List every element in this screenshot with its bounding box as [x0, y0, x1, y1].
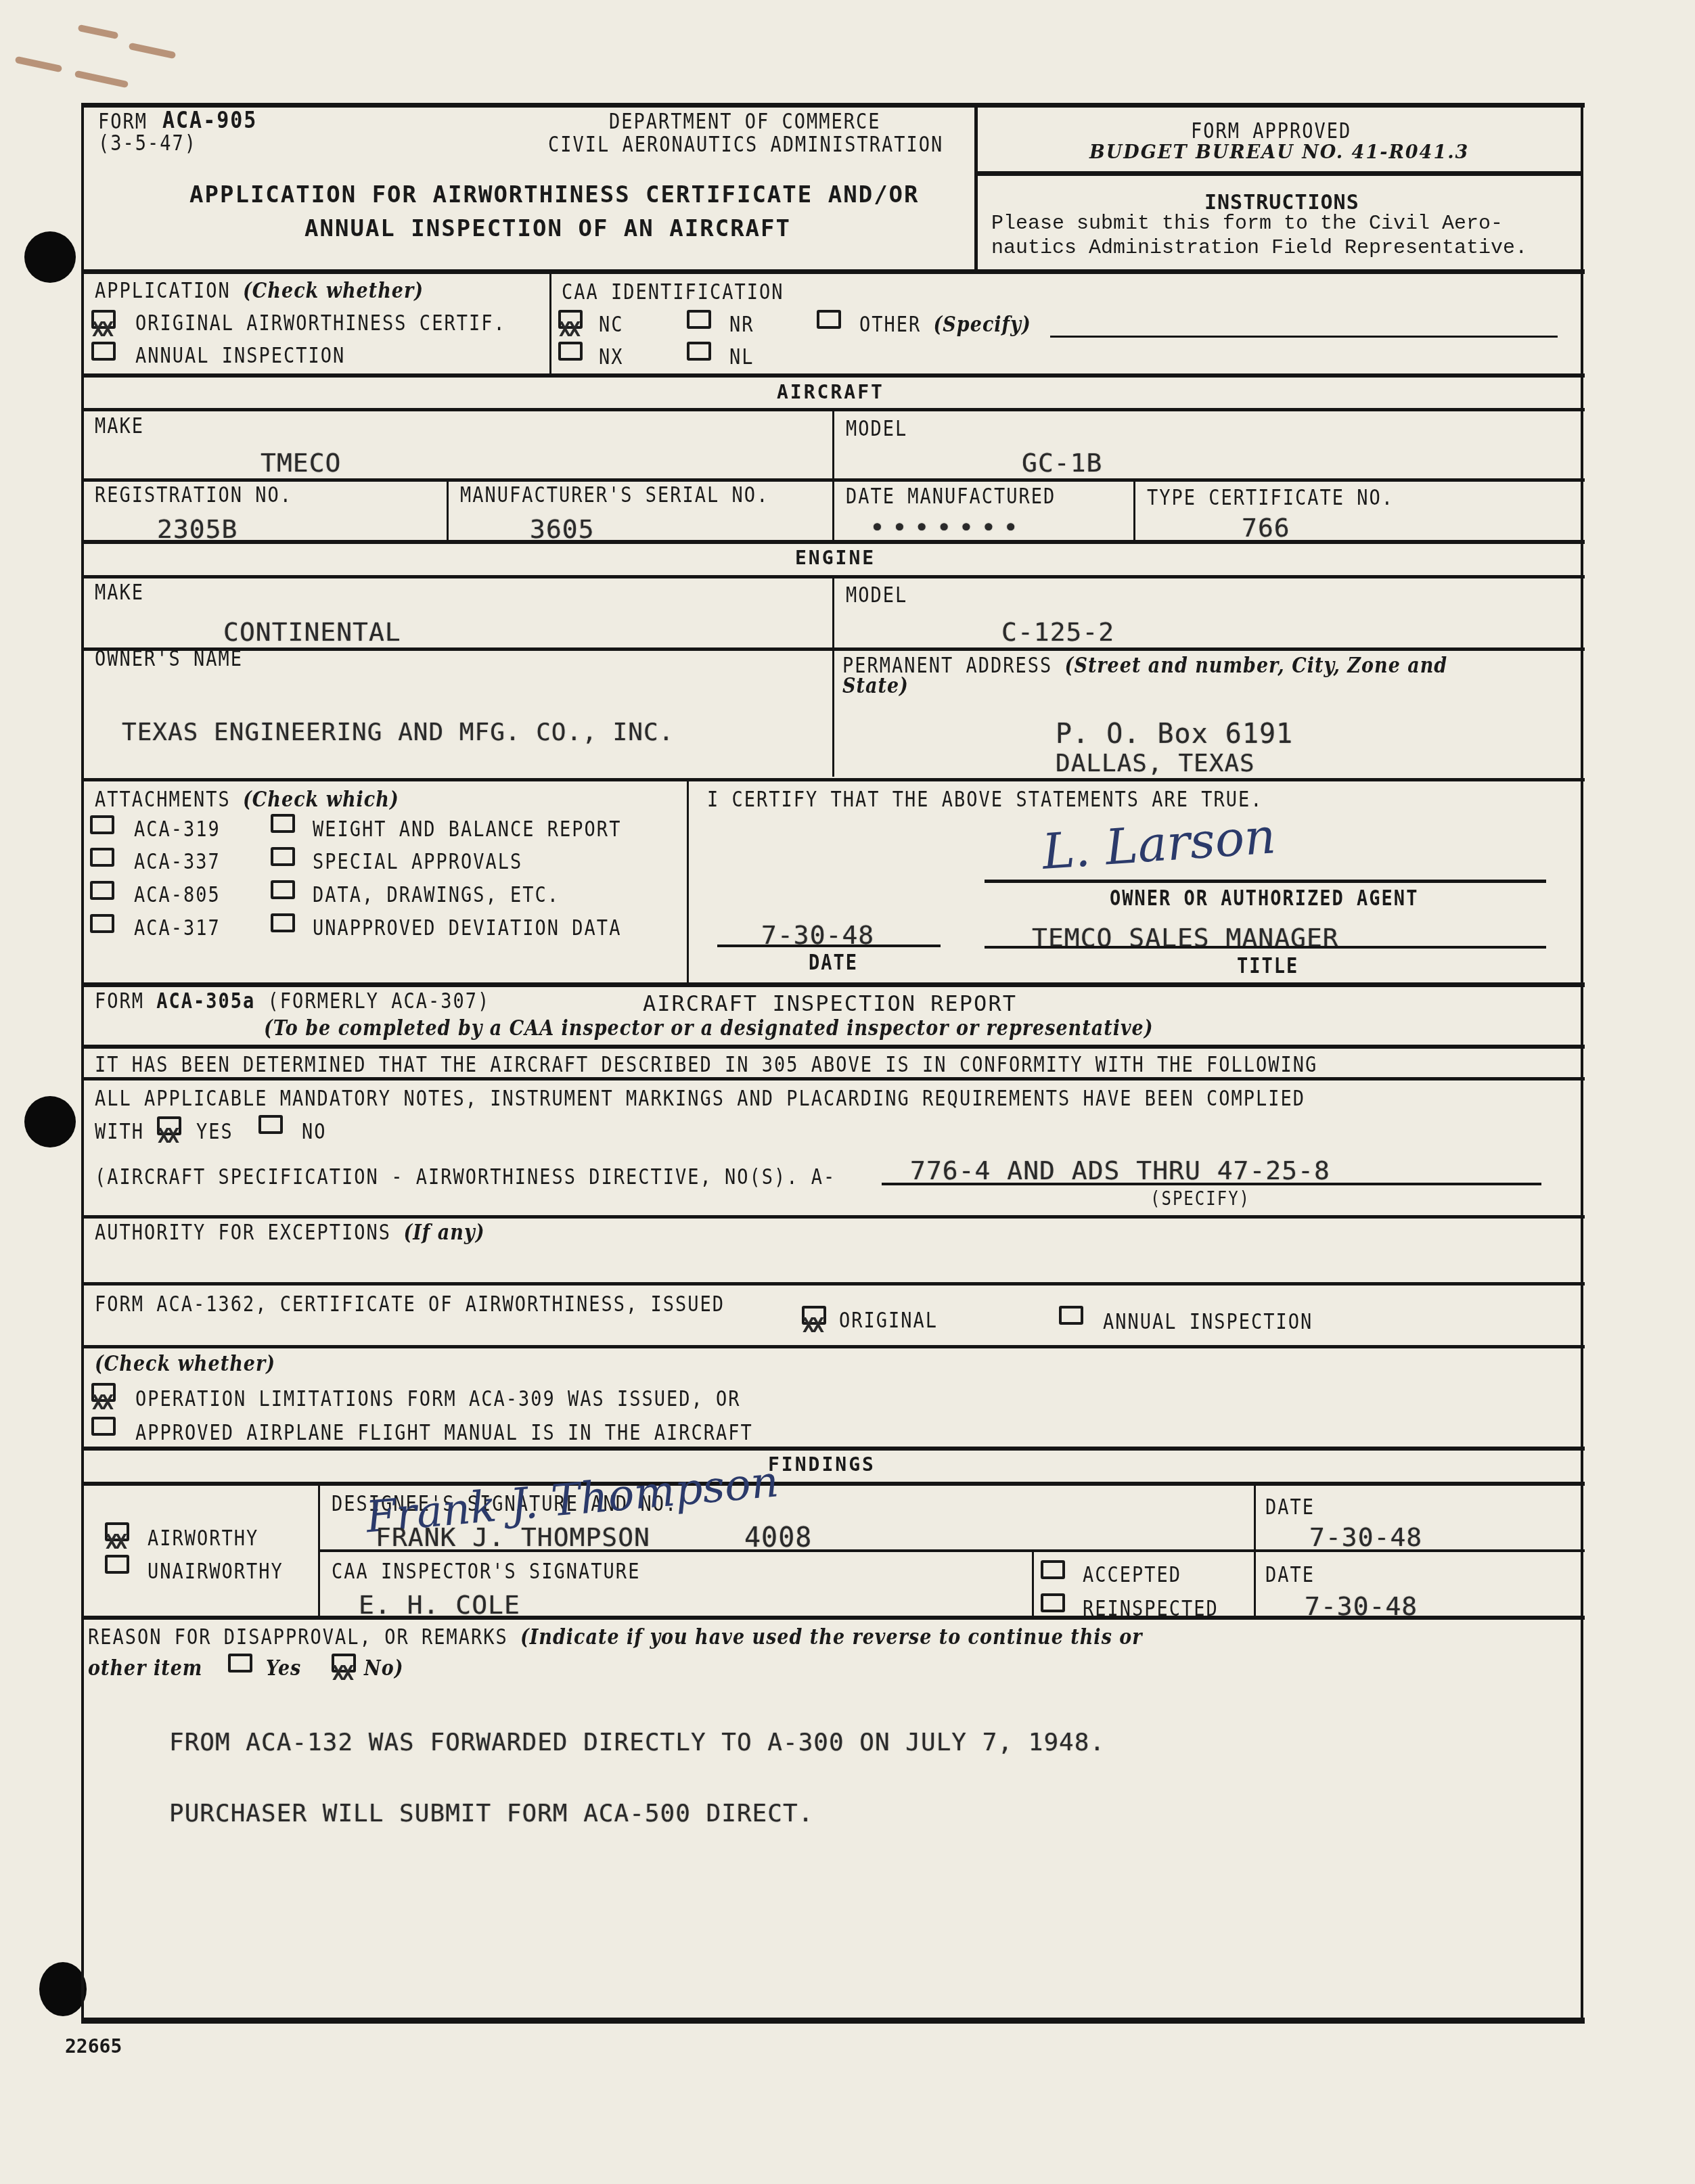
attachment-unapproved-deviation: UNAPPROVED DEVIATION DATA — [313, 916, 621, 940]
divider — [81, 1482, 1585, 1486]
remarks-no-label: No) — [364, 1656, 403, 1681]
engine-make-label: MAKE — [95, 581, 144, 605]
checkbox-airworthy[interactable] — [105, 1522, 129, 1541]
address-hint-2: State) — [842, 674, 909, 698]
divider — [81, 647, 1585, 651]
aircraft-section-title: AIRCRAFT — [777, 381, 884, 403]
department: DEPARTMENT OF COMMERCE — [609, 110, 881, 134]
divider — [81, 1282, 1585, 1286]
with-label: WITH — [95, 1120, 144, 1144]
divider — [81, 1215, 1585, 1219]
checkbox-accepted[interactable] — [1041, 1560, 1065, 1579]
checkbox-nr[interactable] — [687, 310, 711, 329]
engine-model-value[interactable]: C-125-2 — [1001, 617, 1114, 647]
application-label: APPLICATION (Check whether) — [95, 279, 424, 303]
registration-label: REGISTRATION NO. — [95, 483, 292, 507]
attachment-weight-balance: WEIGHT AND BALANCE REPORT — [313, 817, 621, 842]
attachment-data-drawings: DATA, DRAWINGS, ETC. — [313, 883, 560, 907]
spec-label: (AIRCRAFT SPECIFICATION - AIRWORTHINESS … — [95, 1165, 836, 1189]
certificate-issued-label: FORM ACA-1362, CERTIFICATE OF AIRWORTHIN… — [95, 1292, 725, 1317]
date-line — [717, 945, 941, 947]
attachment-aca-317: ACA-317 — [134, 916, 221, 940]
divider — [81, 103, 1585, 108]
designee-date-label: DATE — [1265, 1495, 1315, 1520]
divider — [1032, 1551, 1034, 1618]
other-specify-line[interactable] — [1050, 336, 1558, 338]
complied-yes-label: YES — [196, 1120, 233, 1144]
complied-no-label: NO — [302, 1120, 327, 1144]
divider — [974, 105, 978, 273]
complied-statement: ALL APPLICABLE MANDATORY NOTES, INSTRUME… — [95, 1087, 1305, 1111]
option-annual-inspection: ANNUAL INSPECTION — [135, 344, 345, 368]
engine-make-value[interactable]: CONTINENTAL — [223, 617, 401, 647]
checkbox-aca-805[interactable] — [90, 881, 114, 900]
checkbox-nl[interactable] — [687, 342, 711, 361]
checkbox-weight-balance[interactable] — [271, 814, 295, 833]
instructions-title: INSTRUCTIONS — [1204, 191, 1359, 214]
checkbox-remarks-yes[interactable] — [228, 1654, 252, 1673]
option-original-airworthiness: ORIGINAL AIRWORTHINESS CERTIF. — [135, 311, 506, 336]
check-whether-label: (Check whether) — [95, 1352, 275, 1376]
address-line1[interactable]: P. O. Box 6191 — [1056, 719, 1293, 750]
divider — [81, 2018, 1585, 2024]
form-approved: FORM APPROVED — [1191, 119, 1351, 143]
inspector-date-label: DATE — [1265, 1563, 1315, 1587]
divider — [832, 410, 834, 542]
designee-date-value[interactable]: 7-30-48 — [1309, 1522, 1422, 1552]
checkbox-unapproved-deviation[interactable] — [271, 913, 295, 932]
engine-model-label: MODEL — [846, 583, 907, 608]
date-manufactured-value[interactable]: ••••••• — [869, 513, 1025, 543]
conformity-statement: IT HAS BEEN DETERMINED THAT THE AIRCRAFT… — [95, 1053, 1317, 1077]
budget-bureau: BUDGET BUREAU NO. 41-R041.3 — [1089, 142, 1469, 163]
divider — [1133, 480, 1135, 543]
punch-hole — [24, 1096, 76, 1147]
divider — [549, 272, 551, 375]
aircraft-model-label: MODEL — [846, 417, 907, 441]
report-form-label: FORM ACA-305a (FORMERLY ACA-307) — [95, 989, 490, 1014]
caa-identification-label: CAA IDENTIFICATION — [562, 280, 784, 304]
checkbox-aca-317[interactable] — [90, 914, 114, 933]
signature-caption: OWNER OR AUTHORIZED AGENT — [1110, 886, 1418, 911]
title-caption: TITLE — [1237, 954, 1298, 978]
form-title-line2: ANNUAL INSPECTION OF AN AIRCRAFT — [304, 215, 791, 242]
attachments-label: ATTACHMENTS (Check which) — [95, 788, 399, 812]
type-certificate-label: TYPE CERTIFICATE NO. — [1147, 486, 1394, 510]
findings-section-title: FINDINGS — [768, 1453, 876, 1476]
aircraft-make-value[interactable]: TMECO — [261, 448, 341, 478]
checkbox-flight-manual[interactable] — [91, 1417, 116, 1436]
checkbox-data-drawings[interactable] — [271, 880, 295, 899]
aircraft-model-value[interactable]: GC-1B — [1022, 448, 1102, 478]
address-label: PERMANENT ADDRESS (Street and number, Ci… — [842, 654, 1447, 678]
owner-name-value[interactable]: TEXAS ENGINEERING AND MFG. CO., INC. — [122, 719, 674, 746]
checkbox-nx[interactable] — [558, 342, 583, 361]
title-line — [985, 946, 1546, 949]
engine-section-title: ENGINE — [795, 547, 876, 569]
checkbox-complied-no[interactable] — [258, 1115, 283, 1134]
divider — [832, 577, 834, 777]
rust-stain — [78, 24, 119, 39]
form-date: (3-5-47) — [98, 131, 197, 156]
checkbox-special-approvals[interactable] — [271, 847, 295, 866]
checkbox-remarks-no[interactable] — [332, 1654, 356, 1673]
divider — [81, 540, 1585, 544]
option-nl: NL — [729, 345, 754, 369]
divider — [318, 1549, 1585, 1552]
airworthy-label: AIRWORTHY — [148, 1526, 258, 1551]
form-number: ACA-905 — [162, 107, 257, 134]
signature-line — [985, 880, 1546, 883]
serial-label: MANUFACTURER'S SERIAL NO. — [460, 483, 769, 507]
document-number: 22665 — [65, 2035, 122, 2057]
divider — [81, 478, 1585, 482]
spec-value[interactable]: 776-4 AND ADS THRU 47-25-8 — [910, 1156, 1330, 1185]
option-other: OTHER (Specify) — [859, 313, 1031, 337]
checkbox-original-airworthiness[interactable] — [91, 310, 116, 329]
divider — [81, 1345, 1585, 1348]
checkbox-certificate-original[interactable] — [802, 1306, 826, 1325]
divider — [687, 780, 689, 983]
type-certificate-value[interactable]: 766 — [1242, 513, 1290, 543]
rust-stain — [74, 70, 129, 88]
inspection-report-subtitle: (To be completed by a CAA inspector or a… — [264, 1016, 1154, 1041]
instructions-line2: nautics Administration Field Representat… — [991, 237, 1527, 260]
form-title-line1: APPLICATION FOR AIRWORTHINESS CERTIFICAT… — [189, 181, 920, 208]
exceptions-label: AUTHORITY FOR EXCEPTIONS (If any) — [95, 1221, 484, 1245]
inspector-label: CAA INSPECTOR'S SIGNATURE — [332, 1560, 640, 1584]
address-line2[interactable]: DALLAS, TEXAS — [1056, 750, 1255, 777]
option-nx: NX — [599, 345, 624, 369]
checkbox-unairworthy[interactable] — [105, 1555, 129, 1574]
remarks-hint-2: other item — [88, 1656, 202, 1681]
spec-hint: (SPECIFY) — [1150, 1188, 1250, 1210]
checkbox-nc[interactable] — [558, 310, 583, 329]
punch-hole — [24, 231, 76, 283]
checkbox-aca-337[interactable] — [90, 848, 114, 867]
checkbox-annual-inspection[interactable] — [91, 342, 116, 361]
punch-hole — [39, 1962, 87, 2016]
remarks-line2[interactable]: PURCHASER WILL SUBMIT FORM ACA-500 DIREC… — [169, 1800, 813, 1827]
unairworthy-label: UNAIRWORTHY — [148, 1560, 284, 1584]
remarks-yes-label: Yes — [266, 1656, 301, 1681]
designee-name[interactable]: FRANK J. THOMPSON — [376, 1522, 650, 1552]
certificate-original-label: ORIGINAL — [839, 1309, 938, 1333]
checkbox-certificate-annual[interactable] — [1059, 1306, 1083, 1325]
divider — [447, 480, 449, 543]
operation-limitations-label: OPERATION LIMITATIONS FORM ACA-309 WAS I… — [135, 1387, 741, 1411]
attachment-special-approvals: SPECIAL APPROVALS — [313, 850, 522, 874]
divider — [974, 171, 1583, 176]
checkbox-operation-limitations[interactable] — [91, 1383, 116, 1402]
divider — [81, 1077, 1585, 1080]
administration: CIVIL AERONAUTICS ADMINISTRATION — [548, 133, 943, 157]
remarks-line1[interactable]: FROM ACA-132 WAS FORWARDED DIRECTLY TO A… — [169, 1729, 1105, 1756]
rust-stain — [129, 43, 177, 59]
owner-name-label: OWNER'S NAME — [95, 647, 243, 671]
date-caption: DATE — [809, 951, 858, 975]
remarks-label: REASON FOR DISAPPROVAL, OR REMARKS (Indi… — [88, 1625, 1142, 1650]
aircraft-make-label: MAKE — [95, 414, 144, 438]
certificate-annual-label: ANNUAL INSPECTION — [1103, 1310, 1313, 1334]
flight-manual-label: APPROVED AIRPLANE FLIGHT MANUAL IS IN TH… — [135, 1421, 753, 1445]
option-nc: NC — [599, 313, 624, 337]
option-nr: NR — [729, 313, 754, 337]
divider — [81, 269, 1585, 274]
divider — [81, 982, 1585, 987]
divider — [81, 1045, 1585, 1049]
instructions-line1: Please submit this form to the Civil Aer… — [991, 212, 1503, 235]
divider — [81, 1616, 1585, 1620]
certify-statement: I CERTIFY THAT THE ABOVE STATEMENTS ARE … — [707, 788, 1263, 812]
inspection-report-title: AIRCRAFT INSPECTION REPORT — [643, 991, 1017, 1016]
attachment-aca-337: ACA-337 — [134, 850, 221, 874]
divider — [81, 1447, 1585, 1451]
checkbox-aca-319[interactable] — [90, 815, 114, 834]
attachment-aca-319: ACA-319 — [134, 817, 221, 842]
attachment-aca-805: ACA-805 — [134, 883, 221, 907]
accepted-label: ACCEPTED — [1083, 1563, 1181, 1587]
checkbox-complied-yes[interactable] — [157, 1116, 181, 1135]
rust-stain — [15, 56, 63, 72]
checkbox-other[interactable] — [817, 310, 841, 329]
form-number-label: FORM — [98, 110, 148, 134]
divider — [81, 778, 1585, 781]
date-manufactured-label: DATE MANUFACTURED — [846, 484, 1056, 509]
divider — [81, 373, 1585, 378]
spec-line — [882, 1183, 1541, 1185]
checkbox-reinspected[interactable] — [1041, 1593, 1065, 1612]
